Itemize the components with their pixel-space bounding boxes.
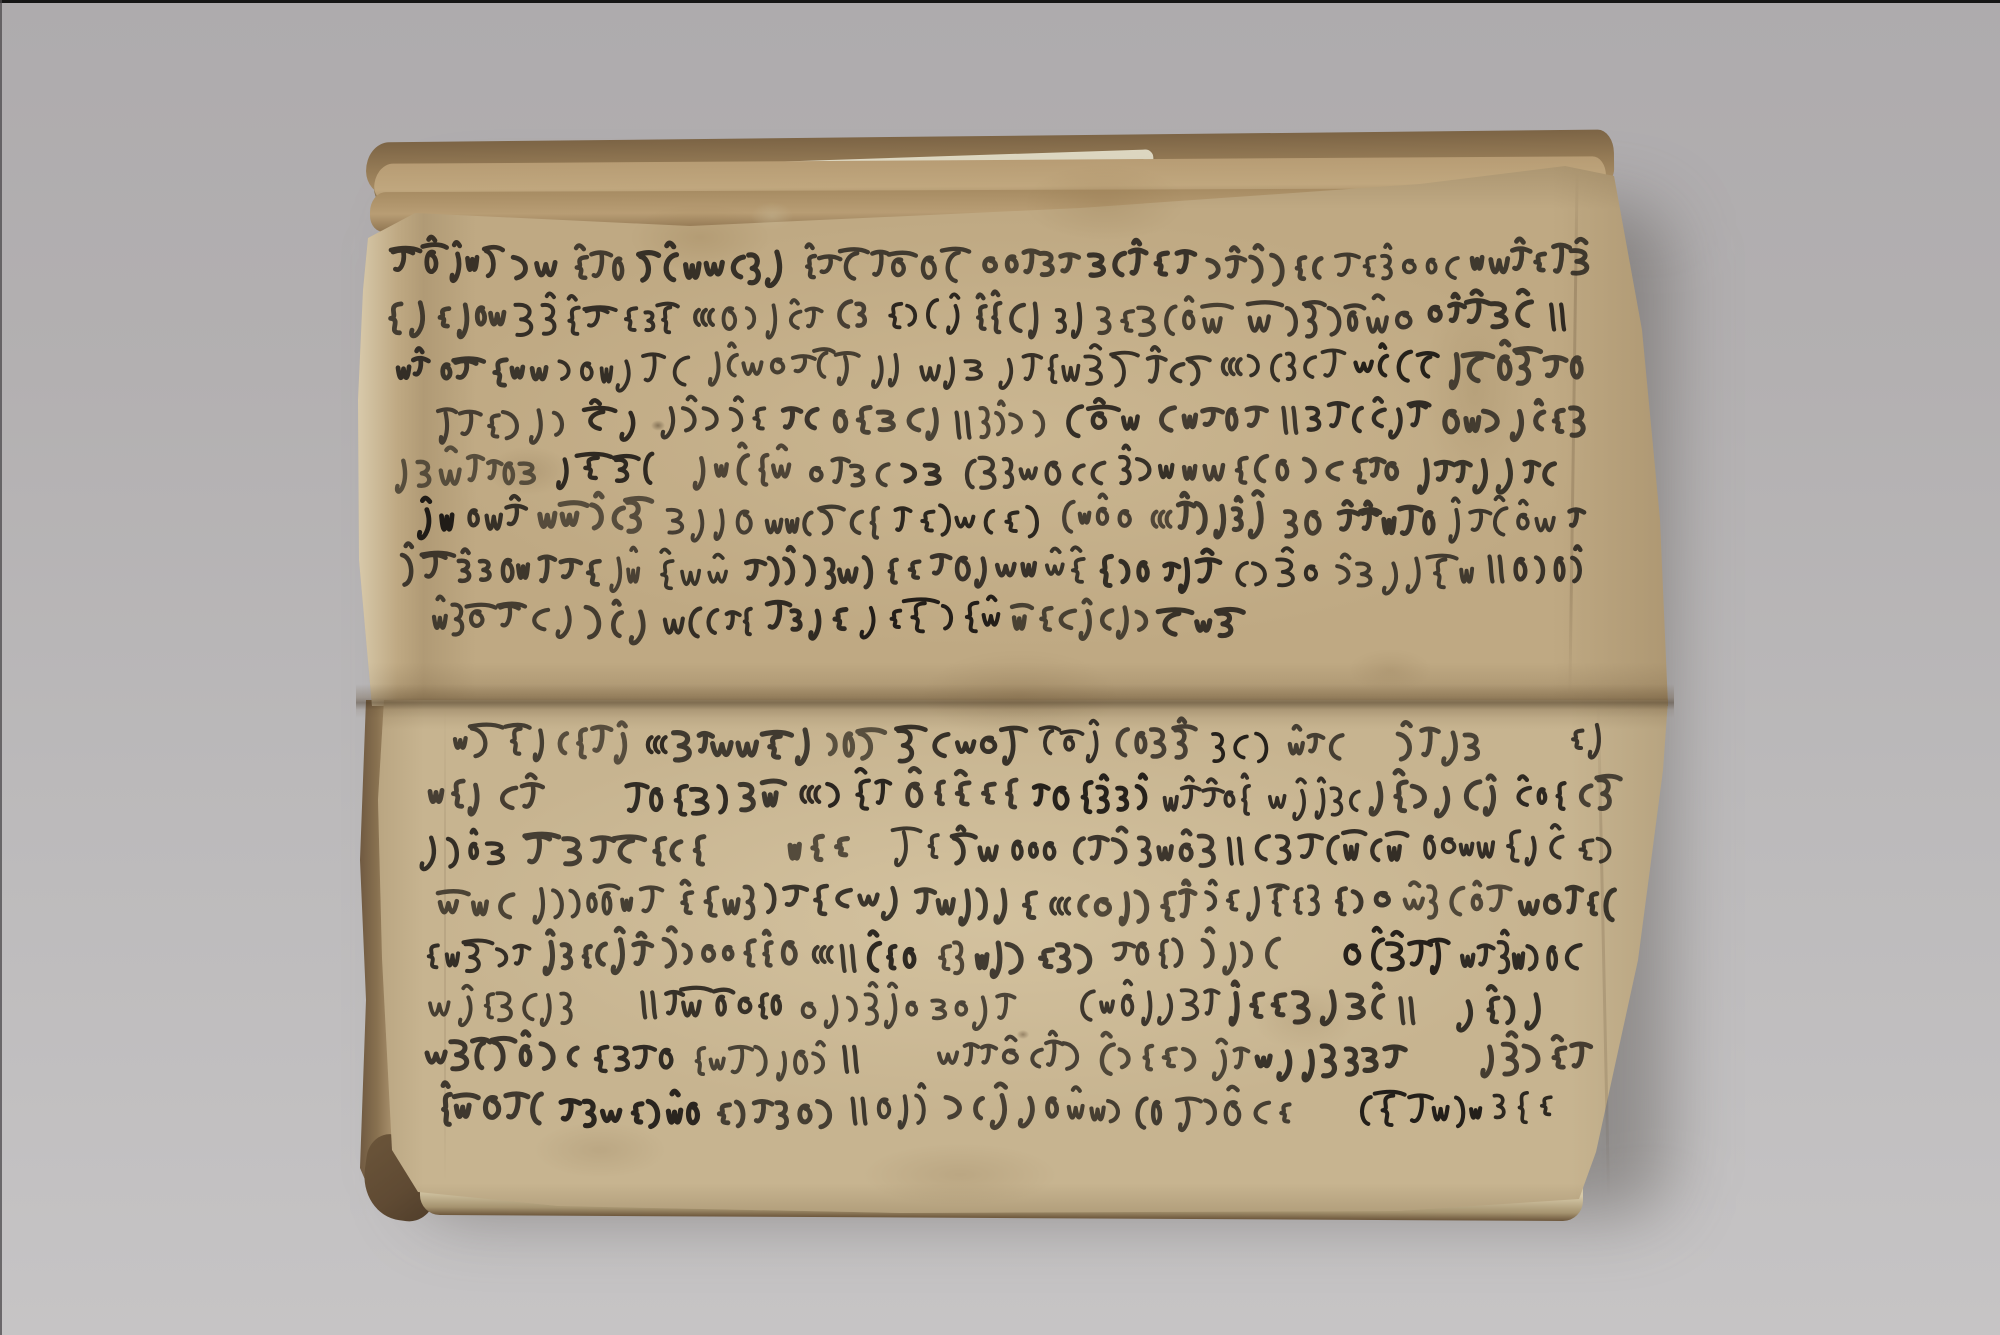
aging-stain: [1014, 1028, 1032, 1041]
aging-stain: [468, 436, 588, 506]
photo-left-border: [0, 0, 2, 1335]
lower-page-margin-crease: [444, 706, 446, 1184]
aging-stain: [820, 1130, 1100, 1220]
aging-stain: [1230, 970, 1380, 1065]
photo-top-border: [0, 0, 2000, 3]
aging-stain: [505, 1110, 695, 1190]
aging-stain: [990, 148, 1220, 258]
aging-stain: [742, 196, 802, 236]
aging-stain: [1400, 250, 1550, 530]
aging-stain: [648, 418, 668, 433]
gutter-fold-shadow: [356, 684, 1674, 718]
manuscript-photo: [0, 0, 2000, 1335]
